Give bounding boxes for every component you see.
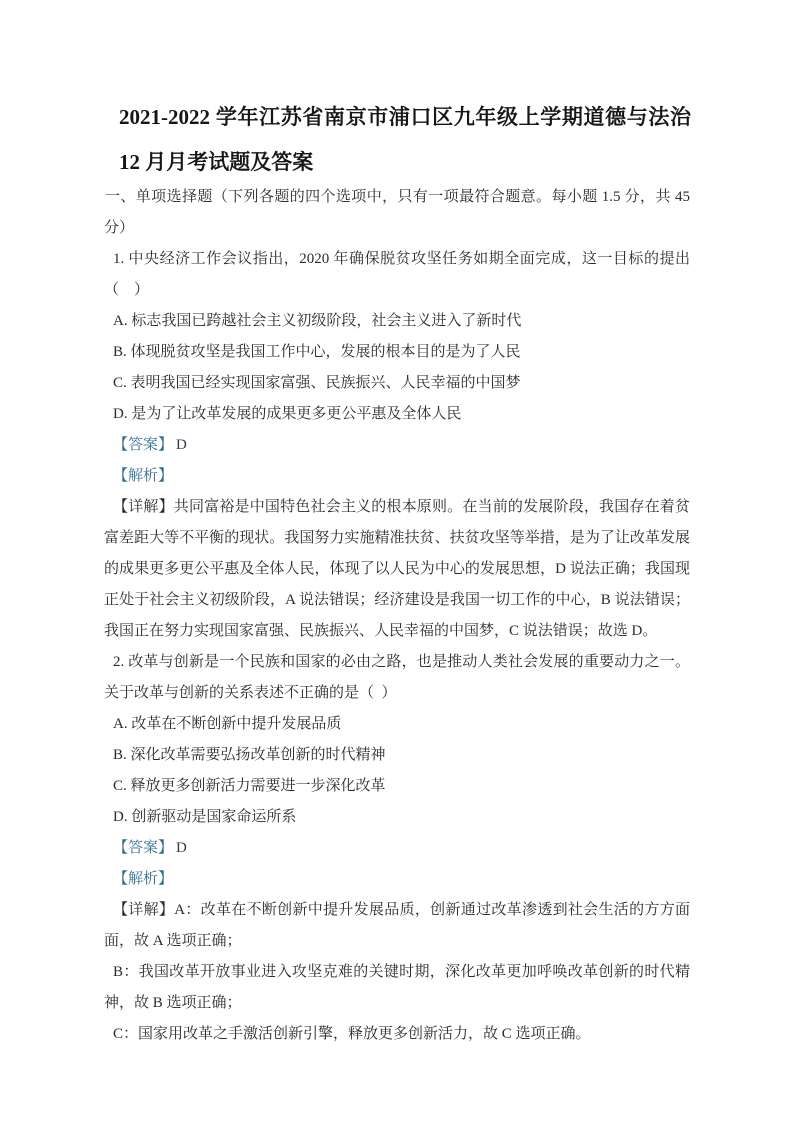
question-1-stem: 1. 中央经济工作会议指出，2020 年确保脱贫攻坚任务如期全面完成，这一目标的…	[104, 244, 690, 306]
question-1-option-b: B. 体现脱贫攻坚是我国工作中心，发展的根本目的是为了人民	[104, 337, 690, 368]
question-2-detail-text-a: A：改革在不断创新中提升发展品质，创新通过改革渗透到社会生活的方方面面，故 A …	[104, 902, 690, 949]
answer-label: 【答案】	[113, 840, 173, 856]
question-1-detail-paragraph: 【详解】共同富裕是中国特色社会主义的根本原则。在当前的发展阶段，我国存在着贫富差…	[104, 492, 690, 647]
question-2-option-d: D. 创新驱动是国家命运所系	[104, 802, 690, 833]
question-2-answer-line: 【答案】D	[104, 833, 690, 864]
question-1-option-d: D. 是为了让改革发展的成果更多更公平惠及全体人民	[104, 399, 690, 430]
analysis-label: 【解析】	[113, 468, 173, 484]
section-heading: 一、单项选择题（下列各题的四个选项中，只有一项最符合题意。每小题 1.5 分，共…	[104, 182, 690, 244]
document-title: 2021-2022 学年江苏省南京市浦口区九年级上学期道德与法治 12 月月考试…	[119, 95, 691, 185]
question-1-analysis-line: 【解析】	[104, 461, 690, 492]
question-2-detail-paragraph-c: C：国家用改革之手激活创新引擎，释放更多创新活力，故 C 选项正确。	[104, 1019, 690, 1050]
document-page: 2021-2022 学年江苏省南京市浦口区九年级上学期道德与法治 12 月月考试…	[0, 0, 793, 1122]
question-1-answer-line: 【答案】D	[104, 430, 690, 461]
question-2: 2. 改革与创新是一个民族和国家的必由之路，也是推动人类社会发展的重要动力之一。…	[104, 647, 690, 1050]
question-1-answer-value: D	[173, 437, 187, 453]
question-1-detail-text: 共同富裕是中国特色社会主义的根本原则。在当前的发展阶段，我国存在着贫富差距大等不…	[104, 499, 690, 639]
document-body: 一、单项选择题（下列各题的四个选项中，只有一项最符合题意。每小题 1.5 分，共…	[104, 182, 690, 1050]
analysis-label: 【解析】	[113, 871, 173, 887]
question-1: 1. 中央经济工作会议指出，2020 年确保脱贫攻坚任务如期全面完成，这一目标的…	[104, 244, 690, 647]
question-2-detail-paragraph-a: 【详解】A：改革在不断创新中提升发展品质，创新通过改革渗透到社会生活的方方面面，…	[104, 895, 690, 957]
question-1-option-a: A. 标志我国已跨越社会主义初级阶段，社会主义进入了新时代	[104, 306, 690, 337]
question-2-answer-value: D	[173, 840, 187, 856]
question-2-option-b: B. 深化改革需要弘扬改革创新的时代精神	[104, 740, 690, 771]
question-2-stem: 2. 改革与创新是一个民族和国家的必由之路，也是推动人类社会发展的重要动力之一。…	[104, 647, 690, 709]
question-2-analysis-line: 【解析】	[104, 864, 690, 895]
detail-label: 【详解】	[113, 499, 174, 515]
question-2-option-a: A. 改革在不断创新中提升发展品质	[104, 709, 690, 740]
question-1-option-c: C. 表明我国已经实现国家富强、民族振兴、人民幸福的中国梦	[104, 368, 690, 399]
question-2-option-c: C. 释放更多创新活力需要进一步深化改革	[104, 771, 690, 802]
question-2-detail-paragraph-b: B：我国改革开放事业进入攻坚克难的关键时期，深化改革更加呼唤改革创新的时代精神，…	[104, 957, 690, 1019]
detail-label: 【详解】	[113, 902, 174, 918]
answer-label: 【答案】	[113, 437, 173, 453]
